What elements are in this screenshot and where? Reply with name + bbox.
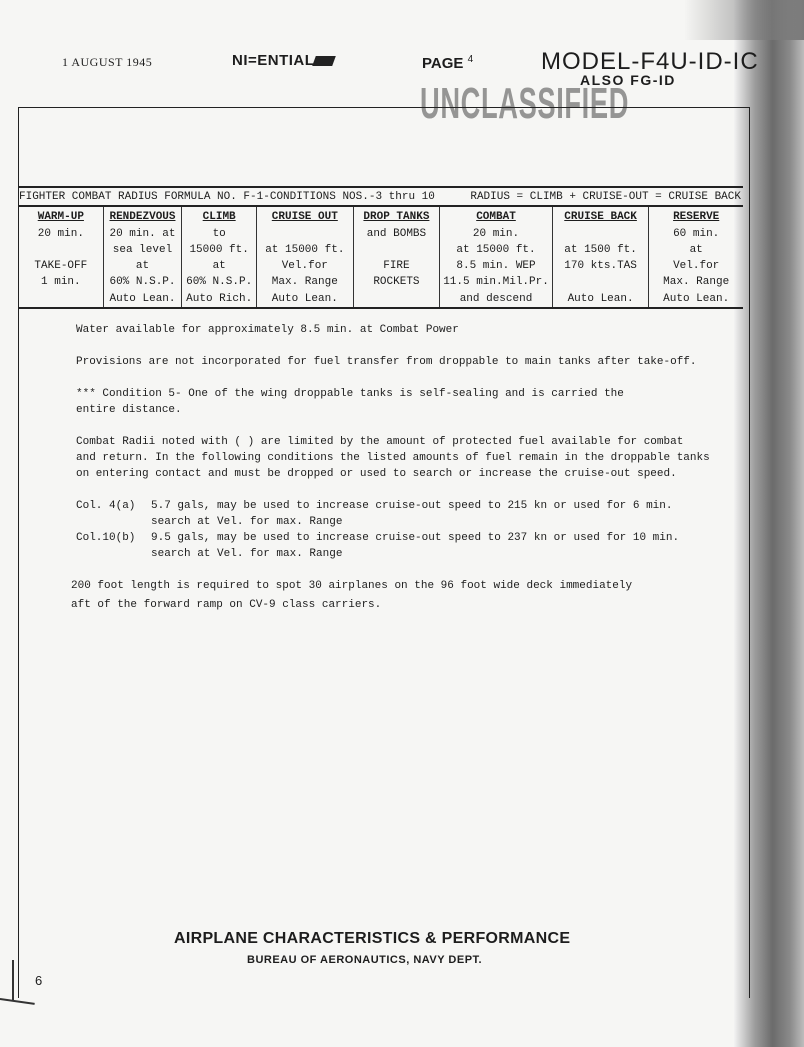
- formula-cell: Auto Rich.: [182, 291, 256, 307]
- formula-cell: ROCKETS: [354, 274, 440, 290]
- formula-cell: 8.5 min. WEP: [440, 258, 552, 274]
- note-water: Water available for approximately 8.5 mi…: [76, 322, 459, 338]
- formula-cell: 20 min. at: [104, 226, 182, 242]
- formula-column: RESERVE60 min.atVel.forMax. RangeAuto Le…: [648, 207, 743, 307]
- formula-title: FIGHTER COMBAT RADIUS FORMULA NO. F-1-CO…: [19, 189, 435, 205]
- formula-column-header: WARM-UP: [19, 209, 103, 225]
- note-condition5-line2: entire distance.: [76, 402, 182, 418]
- col4a-line1: 5.7 gals, may be used to increase cruise…: [151, 500, 673, 512]
- formula-cell: sea level: [104, 242, 182, 258]
- formula-cell: Auto Lean.: [104, 291, 182, 307]
- formula-column: CRUISE BACKat 1500 ft.170 kts.TASAuto Le…: [552, 207, 649, 307]
- formula-column-header: COMBAT: [440, 209, 552, 225]
- formula-cell: FIRE: [354, 258, 440, 274]
- formula-cell: 60% N.S.P.: [104, 274, 182, 290]
- page-label: PAGE: [422, 55, 463, 72]
- formula-cell: 60% N.S.P.: [182, 274, 256, 290]
- formula-cell: [257, 226, 353, 242]
- formula-column: WARM-UP20 min.TAKE-OFF1 min.: [19, 207, 103, 307]
- col10b-line2: search at Vel. for max. Range: [76, 546, 679, 562]
- formula-cell: [553, 226, 649, 242]
- formula-cell: [19, 242, 103, 258]
- col10b-note: Col.10(b)9.5 gals, may be used to increa…: [76, 530, 679, 562]
- formula-cell: 170 kts.TAS: [553, 258, 649, 274]
- classification-stamp-text: NI=ENTIAL: [232, 52, 314, 69]
- formula-cell: [354, 291, 440, 307]
- formula-column: CRUISE OUTat 15000 ft.Vel.forMax. RangeA…: [256, 207, 353, 307]
- note-radii-line1: Combat Radii noted with ( ) are limited …: [76, 434, 683, 450]
- note-radii-line3: on entering contact and must be dropped …: [76, 466, 677, 482]
- sheet-number: 6: [35, 973, 42, 988]
- scan-shadow-top: [684, 0, 804, 40]
- col4a-note: Col. 4(a)5.7 gals, may be used to increa…: [76, 498, 673, 530]
- formula-column-header: CRUISE BACK: [553, 209, 649, 225]
- formula-cell: 20 min.: [19, 226, 103, 242]
- col4a-line2: search at Vel. for max. Range: [76, 514, 673, 530]
- formula-cell: and descend: [440, 291, 552, 307]
- formula-equation: RADIUS = CLIMB + CRUISE-OUT = CRUISE BAC…: [470, 189, 743, 205]
- note-deck-line1: 200 foot length is required to spot 30 a…: [71, 578, 632, 594]
- col10b-label: Col.10(b): [76, 530, 151, 546]
- note-condition5-line1: *** Condition 5- One of the wing droppab…: [76, 386, 624, 402]
- note-deck-line2: aft of the forward ramp on CV-9 class ca…: [71, 597, 381, 613]
- formula-cell: at: [104, 258, 182, 274]
- document-page: 1 AUGUST 1945 NI=ENTIAL PAGE 4 MODEL-F4U…: [0, 0, 804, 1047]
- formula-column-header: CLIMB: [182, 209, 256, 225]
- classification-stamp: NI=ENTIAL: [232, 52, 334, 69]
- document-date: 1 AUGUST 1945: [62, 55, 152, 70]
- formula-cell: at 15000 ft.: [257, 242, 353, 258]
- formula-column-header: RESERVE: [649, 209, 743, 225]
- combat-radius-formula-table: FIGHTER COMBAT RADIUS FORMULA NO. F-1-CO…: [19, 186, 743, 309]
- formula-column: COMBAT20 min.at 15000 ft.8.5 min. WEP11.…: [439, 207, 552, 307]
- col4a-label: Col. 4(a): [76, 498, 151, 514]
- formula-cell: Auto Lean.: [649, 291, 743, 307]
- formula-cell: [354, 242, 440, 258]
- formula-cell: Vel.for: [649, 258, 743, 274]
- formula-cell: to: [182, 226, 256, 242]
- formula-cell: Auto Lean.: [553, 291, 649, 307]
- formula-cell: 20 min.: [440, 226, 552, 242]
- formula-cell: Max. Range: [649, 274, 743, 290]
- formula-column: CLIMBto15000 ft.at60% N.S.P.Auto Rich.: [181, 207, 256, 307]
- formula-cell: [553, 274, 649, 290]
- formula-column-header: RENDEZVOUS: [104, 209, 182, 225]
- formula-cell: at: [649, 242, 743, 258]
- formula-column-header: CRUISE OUT: [257, 209, 353, 225]
- note-radii-line2: and return. In the following conditions …: [76, 450, 710, 466]
- formula-cell: TAKE-OFF: [19, 258, 103, 274]
- formula-cell: 60 min.: [649, 226, 743, 242]
- formula-title-row: FIGHTER COMBAT RADIUS FORMULA NO. F-1-CO…: [19, 188, 743, 207]
- formula-cell: at 1500 ft.: [553, 242, 649, 258]
- formula-cell: 1 min.: [19, 274, 103, 290]
- formula-cell: [19, 291, 103, 307]
- page-number: 4: [468, 54, 474, 65]
- ink-blot-icon: [313, 56, 337, 66]
- formula-cell: Auto Lean.: [257, 291, 353, 307]
- footer-subtitle: BUREAU OF AERONAUTICS, NAVY DEPT.: [247, 954, 482, 966]
- corner-mark-line: [0, 998, 35, 1004]
- page-indicator: PAGE 4: [422, 54, 473, 72]
- formula-cell: at 15000 ft.: [440, 242, 552, 258]
- formula-cell: Vel.for: [257, 258, 353, 274]
- formula-column-header: DROP TANKS: [354, 209, 440, 225]
- formula-cell: 15000 ft.: [182, 242, 256, 258]
- formula-column: DROP TANKSand BOMBSFIREROCKETS: [353, 207, 440, 307]
- formula-columns: WARM-UP20 min.TAKE-OFF1 min.RENDEZVOUS20…: [19, 207, 743, 307]
- formula-cell: and BOMBS: [354, 226, 440, 242]
- corner-mark-vertical: [12, 960, 14, 1000]
- formula-cell: Max. Range: [257, 274, 353, 290]
- formula-cell: at: [182, 258, 256, 274]
- col10b-line1: 9.5 gals, may be used to increase cruise…: [151, 532, 679, 544]
- note-provisions: Provisions are not incorporated for fuel…: [76, 354, 697, 370]
- footer-title: AIRPLANE CHARACTERISTICS & PERFORMANCE: [174, 930, 570, 948]
- formula-column: RENDEZVOUS20 min. atsea levelat60% N.S.P…: [103, 207, 182, 307]
- formula-cell: 11.5 min.Mil.Pr.: [440, 274, 552, 290]
